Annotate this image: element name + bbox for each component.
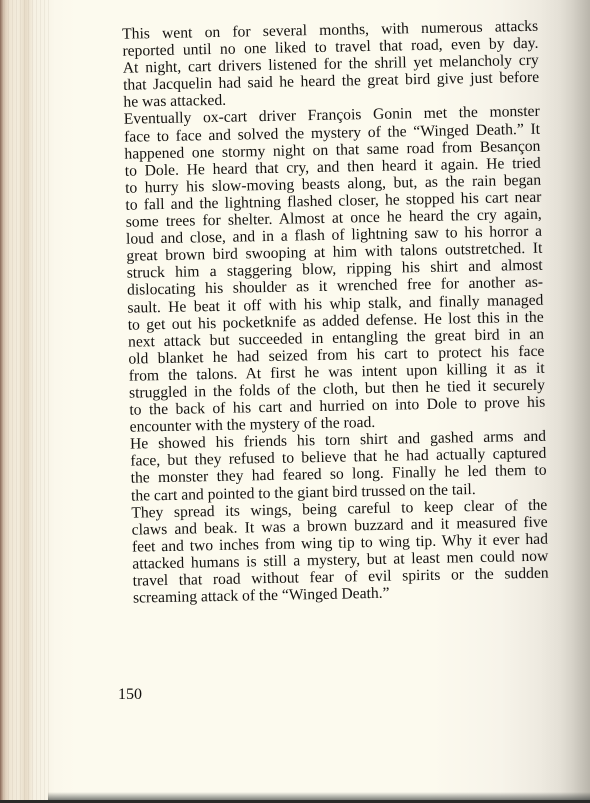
paragraph-3: He showed his friends his torn shirt and…	[116, 428, 547, 505]
paragraph-2: Eventually ox-cart driver François Gonin…	[110, 103, 546, 436]
paragraph-4: They spread its wings, being careful to …	[117, 496, 549, 607]
body-text: This went on for several months, with nu…	[108, 18, 549, 607]
page-edges-gutter	[0, 0, 50, 800]
page-number: 150	[118, 686, 142, 704]
book-page: This went on for several months, with nu…	[0, 0, 590, 800]
paragraph-1: This went on for several months, with nu…	[108, 18, 540, 112]
